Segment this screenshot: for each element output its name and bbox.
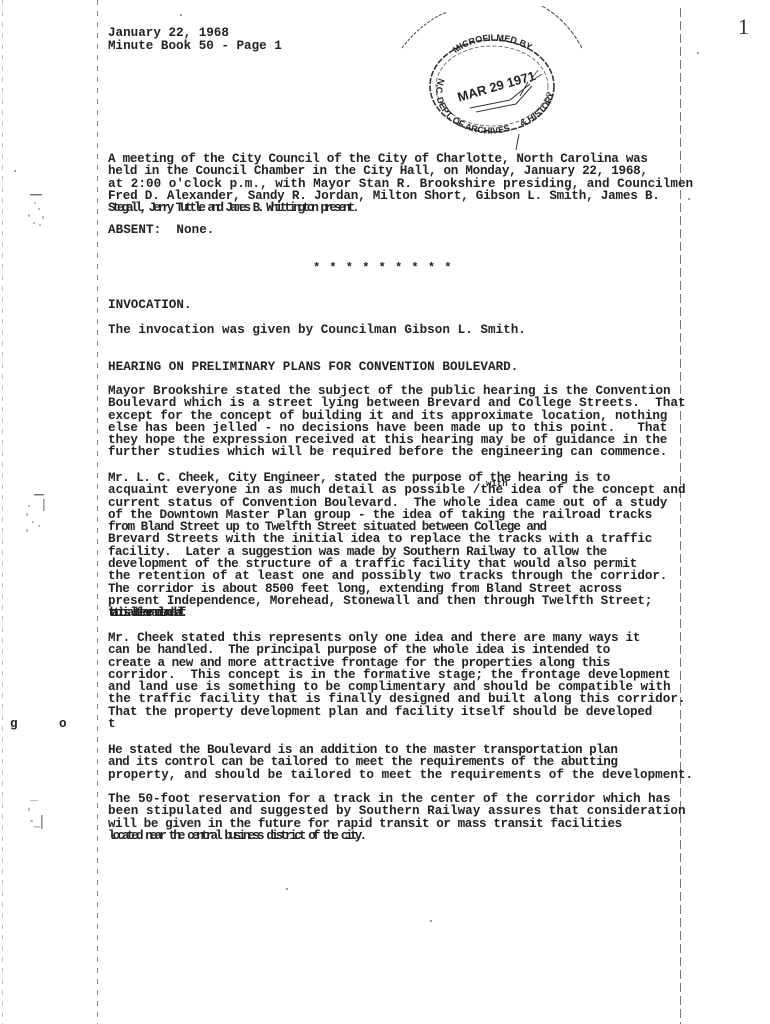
section-separator: * * * * * * * * * (313, 261, 452, 275)
handwritten-insertion: with (486, 479, 508, 489)
minute-book-reference: Minute Book 50 - Page 1 (108, 40, 282, 53)
absent-line: ABSENT: None. (108, 223, 214, 237)
stamp-top-text: MICROFILMED BY (451, 33, 534, 56)
page-number-mark: 1 (738, 14, 749, 40)
scan-speck (430, 920, 432, 922)
hearing-paragraph-3: Mr. Cheek stated this represents only on… (108, 632, 686, 730)
scan-speck (14, 170, 16, 172)
hearing-paragraph-5: The 50-foot reservation for a track in t… (108, 793, 686, 842)
document-header: January 22, 1968 Minute Book 50 - Page 1 (108, 27, 282, 53)
svg-text:& HISTORY: & HISTORY (518, 91, 556, 128)
punch-hole-ghost-icon (22, 493, 52, 538)
microfilm-stamp-icon: MICROFILMED BY N.C. DEPT. OF ARCHIVES & … (392, 0, 592, 150)
invocation-heading: INVOCATION. (108, 298, 192, 312)
scan-speck (180, 14, 182, 16)
svg-text:MICROFILMED BY: MICROFILMED BY (451, 33, 534, 56)
scan-speck (286, 888, 288, 890)
scan-speck (697, 52, 699, 54)
hearing-paragraph-4: He stated the Boulevard is an addition t… (108, 744, 693, 781)
hearing-paragraph-1: Mayor Brookshire stated the subject of t… (108, 385, 686, 459)
far-left-edge-artifact (2, 0, 3, 1024)
punch-hole-ghost-icon (22, 798, 52, 838)
punch-hole-ghost-icon (24, 190, 54, 235)
invocation-text: The invocation was given by Councilman G… (108, 323, 526, 337)
left-margin-artifact (97, 0, 98, 1024)
opening-paragraph: A meeting of the City Council of the Cit… (108, 153, 693, 214)
stamp-date: MAR 29 1971 (456, 68, 537, 105)
hearing-paragraph-2: Mr. L. C. Cheek, City Engineer, stated t… (108, 472, 686, 620)
document-page: 1 January 22, 1968 Minute Book 50 - Page… (0, 0, 770, 1024)
hearing-heading: HEARING ON PRELIMINARY PLANS FOR CONVENT… (108, 360, 518, 374)
